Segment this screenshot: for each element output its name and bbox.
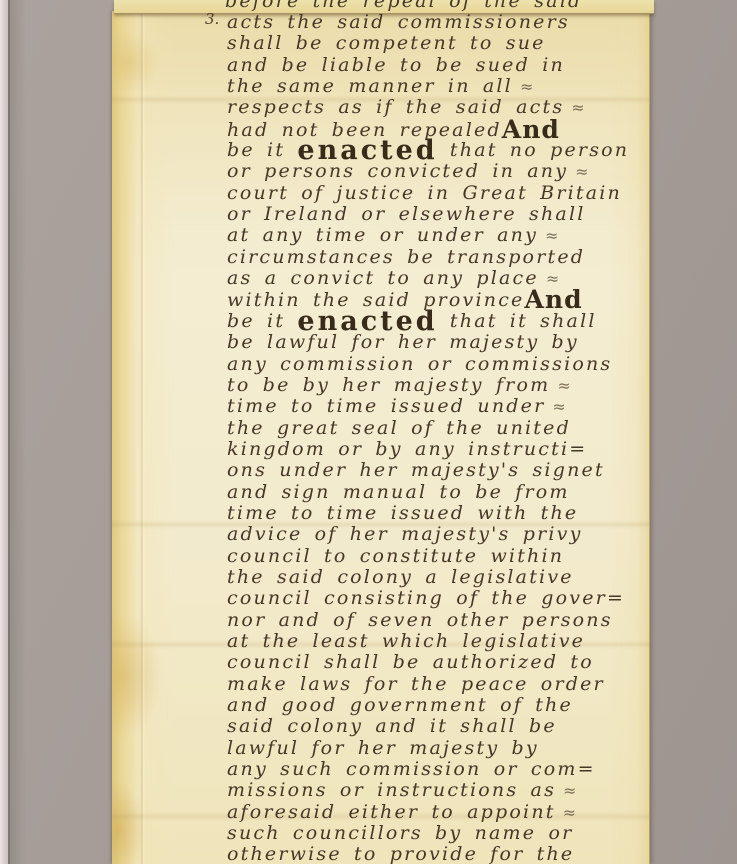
manuscript-line: council consisting of the gover= [227, 588, 648, 609]
mat-edge-shadow [10, 0, 26, 864]
manuscript-line: and good government of the [227, 695, 648, 716]
text-segment: ≈ [571, 98, 587, 117]
manuscript-line: make laws for the peace order [227, 674, 648, 695]
text-segment: said colony and it shall be [227, 715, 557, 737]
manuscript-line: nor and of seven other persons [227, 610, 648, 631]
text-segment: ons under her majesty's signet [227, 459, 605, 481]
manuscript-line: missions or instructions as≈ [227, 780, 648, 801]
manuscript-line: the same manner in all≈ [227, 76, 648, 97]
manuscript-line: be lawful for her majesty by [227, 332, 648, 353]
manuscript-line: kingdom or by any instructi= [227, 439, 648, 460]
text-segment: be it [227, 310, 297, 332]
manuscript-line: aforesaid either to appoint≈ [227, 802, 648, 823]
manuscript-line: ons under her majesty's signet [227, 460, 648, 481]
text-segment: to be by her majesty from [227, 374, 550, 396]
manuscript-line: time to time issued with the [227, 503, 648, 524]
text-segment: ≈ [575, 162, 591, 181]
text-segment: that it shall [438, 310, 597, 332]
manuscript-text-block: acts the said commissionersshall be comp… [227, 12, 648, 864]
text-segment: ≈ [557, 376, 573, 395]
manuscript-line: and be liable to be sued in [227, 55, 648, 76]
text-segment: that no person [438, 139, 630, 161]
text-segment: ≈ [563, 781, 579, 800]
text-segment: or persons convicted in any [227, 160, 568, 182]
text-segment: the said colony a legislative [227, 566, 574, 588]
text-segment: otherwise to provide for the [227, 843, 574, 864]
manuscript-line: acts the said commissioners [227, 12, 648, 33]
text-segment: make laws for the peace order [227, 673, 605, 695]
text-segment: advice of her majesty's privy [227, 523, 583, 545]
text-segment: at the least which legislative [227, 630, 585, 652]
text-segment: and sign manual to be from [227, 481, 570, 503]
text-segment: council shall be authorized to [227, 651, 594, 673]
manuscript-line: as a convict to any place≈ [227, 268, 648, 289]
text-segment: any commission or commissions [227, 353, 612, 375]
manuscript-line: lawful for her majesty by [227, 738, 648, 759]
manuscript-line: shall be competent to sue [227, 33, 648, 54]
upper-membrane-text-fragment: before the repeal of the said [225, 0, 654, 12]
manuscript-line: and sign manual to be from [227, 482, 648, 503]
text-segment: missions or instructions as [227, 779, 556, 801]
text-segment: the same manner in all [227, 75, 513, 97]
manuscript-line: at the least which legislative [227, 631, 648, 652]
text-segment: ≈ [563, 803, 579, 822]
text-segment: circumstances be transported [227, 246, 585, 268]
manuscript-line: said colony and it shall be [227, 716, 648, 737]
manuscript-photo: before the repeal of the said 3. acts th… [0, 0, 737, 864]
text-segment: ≈ [546, 269, 562, 288]
manuscript-line: be it enacted that it shall [227, 311, 648, 332]
manuscript-line: court of justice in Great Britain [227, 183, 648, 204]
manuscript-line: to be by her majesty from≈ [227, 375, 648, 396]
section-number: 3. [205, 10, 219, 28]
text-segment: ≈ [545, 226, 561, 245]
text-segment: or Ireland or elsewhere shall [227, 203, 586, 225]
text-segment: any such commission or com= [227, 758, 596, 780]
text-segment: such councillors by name or [227, 822, 573, 844]
text-segment: nor and of seven other persons [227, 609, 613, 631]
fold-crease-vertical [140, 11, 145, 864]
text-segment: acts the said commissioners [227, 12, 570, 33]
text-segment: council consisting of the gover= [227, 587, 625, 609]
text-segment: and be liable to be sued in [227, 54, 565, 76]
text-segment: be it [227, 139, 297, 161]
text-segment: time to time issued under [227, 395, 545, 417]
text-segment: court of justice in Great Britain [227, 182, 622, 204]
manuscript-line: circumstances be transported [227, 247, 648, 268]
manuscript-line: council shall be authorized to [227, 652, 648, 673]
manuscript-line: be it enacted that no person [227, 140, 648, 161]
manuscript-line: or Ireland or elsewhere shall [227, 204, 648, 225]
text-segment: shall be competent to sue [227, 32, 546, 54]
mat-edge [0, 0, 10, 864]
manuscript-line: any commission or commissions [227, 354, 648, 375]
manuscript-line: or persons convicted in any≈ [227, 161, 648, 182]
manuscript-line: such councillors by name or [227, 823, 648, 844]
manuscript-line: council to constitute within [227, 546, 648, 567]
manuscript-line: the said colony a legislative [227, 567, 648, 588]
manuscript-line: time to time issued under≈ [227, 396, 648, 417]
text-segment: lawful for her majesty by [227, 737, 539, 759]
text-segment: as a convict to any place [227, 267, 539, 289]
manuscript-line: advice of her majesty's privy [227, 524, 648, 545]
manuscript-line: the great seal of the united [227, 418, 648, 439]
text-segment: and good government of the [227, 694, 573, 716]
text-segment: time to time issued with the [227, 502, 578, 524]
text-segment: ≈ [552, 397, 568, 416]
text-segment: at any time or under any [227, 224, 538, 246]
text-segment: ≈ [520, 77, 536, 96]
text-segment: kingdom or by any instructi= [227, 438, 587, 460]
manuscript-line: otherwise to provide for the [227, 844, 648, 864]
text-segment: the great seal of the united [227, 417, 571, 439]
manuscript-line: any such commission or com= [227, 759, 648, 780]
text-segment: council to constitute within [227, 545, 564, 567]
text-segment: aforesaid either to appoint [227, 801, 556, 823]
text-segment: be lawful for her majesty by [227, 331, 579, 353]
manuscript-line: respects as if the said acts≈ [227, 97, 648, 118]
manuscript-line: at any time or under any≈ [227, 225, 648, 246]
